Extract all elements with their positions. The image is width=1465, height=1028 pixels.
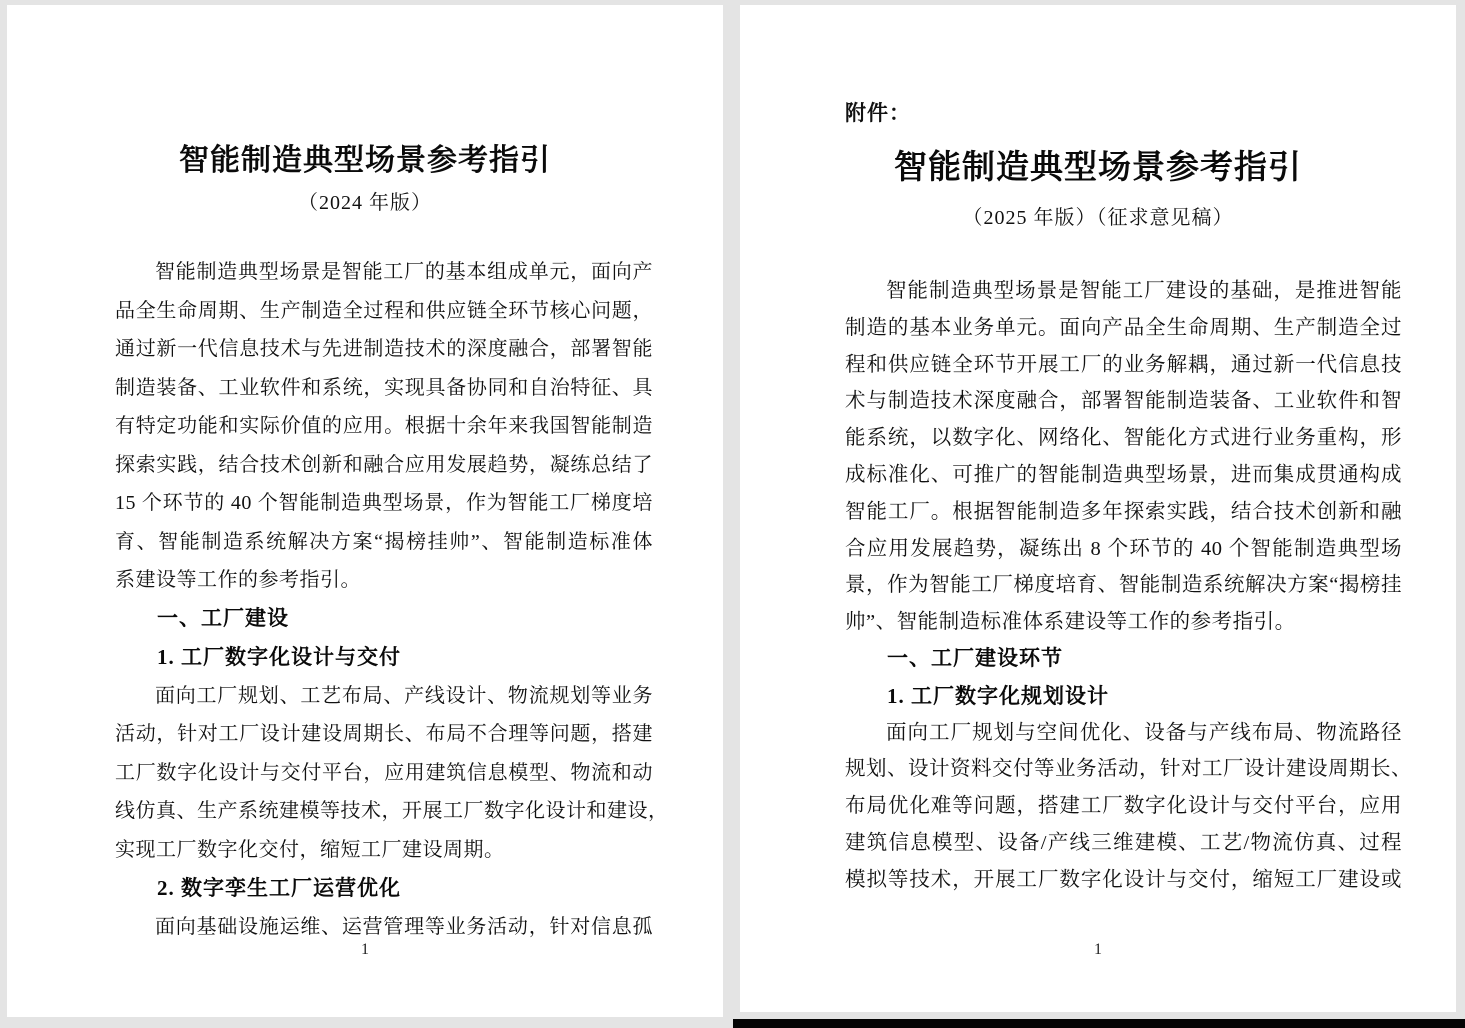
section-heading-factory-construction: 一、工厂建设 xyxy=(115,600,653,639)
page-right-2025: 附件： 智能制造典型场景参考指引 （2025 年版）（征求意见稿） 智能制造典型… xyxy=(740,5,1456,1012)
text-line: 规划、设计资料交付等业务活动，针对工厂设计建设周期长、 xyxy=(845,751,1402,788)
page-subtitle: （2024 年版） xyxy=(7,186,723,215)
page-left-2024: 智能制造典型场景参考指引 （2024 年版） 智能制造典型场景是智能工厂的基本组… xyxy=(7,5,723,1017)
text-line: 智能工厂。根据智能制造多年探索实践，结合技术创新和融 xyxy=(845,494,1402,531)
text-line: 智能制造典型场景是智能工厂建设的基础，是推进智能 xyxy=(845,273,1402,310)
next-page-edge xyxy=(733,1019,1465,1028)
text-line: 系建设等工作的参考指引。 xyxy=(115,561,653,600)
page-title: 智能制造典型场景参考指引 xyxy=(740,141,1456,188)
text-line: 工厂数字化设计与交付平台，应用建筑信息模型、物流和动 xyxy=(115,754,653,793)
scene1-paragraph: 面向工厂规划与空间优化、设备与产线布局、物流路径规划、设计资料交付等业务活动，针… xyxy=(845,715,1402,899)
text-line: 建筑信息模型、设备/产线三维建模、工艺/物流仿真、过程 xyxy=(845,825,1402,862)
text-line: 能系统，以数字化、网络化、智能化方式进行业务重构，形 xyxy=(845,420,1402,457)
text-line: 通过新一代信息技术与先进制造技术的深度融合，部署智能 xyxy=(115,330,653,369)
page-title: 智能制造典型场景参考指引 xyxy=(7,135,723,179)
page-body: 智能制造典型场景是智能工厂建设的基础，是推进智能制造的基本业务单元。面向产品全生… xyxy=(845,273,1402,899)
text-line: 育、智能制造系统解决方案“揭榜挂帅”、智能制造标准体 xyxy=(115,523,653,562)
text-line: 景，作为智能工厂梯度培育、智能制造系统解决方案“揭榜挂 xyxy=(845,567,1402,604)
text-line: 制造的基本业务单元。面向产品全生命周期、生产制造全过 xyxy=(845,310,1402,347)
page-subtitle: （2025 年版）（征求意见稿） xyxy=(740,201,1456,230)
scene-heading-digital-twin-operation: 2. 数字孪生工厂运营优化 xyxy=(115,869,653,908)
text-line: 面向工厂规划、工艺布局、产线设计、物流规划等业务 xyxy=(115,677,653,716)
scene-heading-digital-design-delivery: 1. 工厂数字化设计与交付 xyxy=(115,638,653,677)
text-line: 品全生命周期、生产制造全过程和供应链全环节核心问题， xyxy=(115,292,653,331)
text-line: 布局优化难等问题，搭建工厂数字化设计与交付平台，应用 xyxy=(845,788,1402,825)
text-line: 实现工厂数字化交付，缩短工厂建设周期。 xyxy=(115,831,653,870)
section-heading-factory-construction: 一、工厂建设环节 xyxy=(845,641,1402,678)
text-line: 模拟等技术，开展工厂数字化设计与交付，缩短工厂建设或 xyxy=(845,862,1402,899)
text-line: 制造装备、工业软件和系统，实现具备协同和自治特征、具 xyxy=(115,369,653,408)
text-line: 15 个环节的 40 个智能制造典型场景，作为智能工厂梯度培 xyxy=(115,484,653,523)
text-line: 程和供应链全环节开展工厂的业务解耦，通过新一代信息技 xyxy=(845,347,1402,384)
page-number: 1 xyxy=(7,941,723,959)
text-line: 有特定功能和实际价值的应用。根据十余年来我国智能制造 xyxy=(115,407,653,446)
intro-paragraph: 智能制造典型场景是智能工厂建设的基础，是推进智能制造的基本业务单元。面向产品全生… xyxy=(845,273,1402,641)
intro-paragraph: 智能制造典型场景是智能工厂的基本组成单元，面向产品全生命周期、生产制造全过程和供… xyxy=(115,253,653,600)
scene1-paragraph: 面向工厂规划、工艺布局、产线设计、物流规划等业务活动，针对工厂设计建设周期长、布… xyxy=(115,677,653,870)
text-line: 面向工厂规划与空间优化、设备与产线布局、物流路径 xyxy=(845,715,1402,752)
document-viewer: 智能制造典型场景参考指引 （2024 年版） 智能制造典型场景是智能工厂的基本组… xyxy=(0,0,1465,1028)
text-line: 探索实践，结合技术创新和融合应用发展趋势，凝练总结了 xyxy=(115,446,653,485)
text-line: 合应用发展趋势，凝练出 8 个环节的 40 个智能制造典型场 xyxy=(845,531,1402,568)
page-number: 1 xyxy=(740,941,1456,959)
scene-heading-digital-planning-design: 1. 工厂数字化规划设计 xyxy=(845,678,1402,715)
text-line: 术与制造技术深度融合，部署智能制造装备、工业软件和智 xyxy=(845,383,1402,420)
attachment-label: 附件： xyxy=(845,97,911,127)
text-line: 智能制造典型场景是智能工厂的基本组成单元，面向产 xyxy=(115,253,653,292)
text-line: 线仿真、生产系统建模等技术，开展工厂数字化设计和建设， xyxy=(115,792,653,831)
page-body: 智能制造典型场景是智能工厂的基本组成单元，面向产品全生命周期、生产制造全过程和供… xyxy=(115,253,653,946)
text-line: 活动，针对工厂设计建设周期长、布局不合理等问题，搭建 xyxy=(115,715,653,754)
text-line: 成标准化、可推广的智能制造典型场景，进而集成贯通构成 xyxy=(845,457,1402,494)
text-line: 帅”、智能制造标准体系建设等工作的参考指引。 xyxy=(845,604,1402,641)
